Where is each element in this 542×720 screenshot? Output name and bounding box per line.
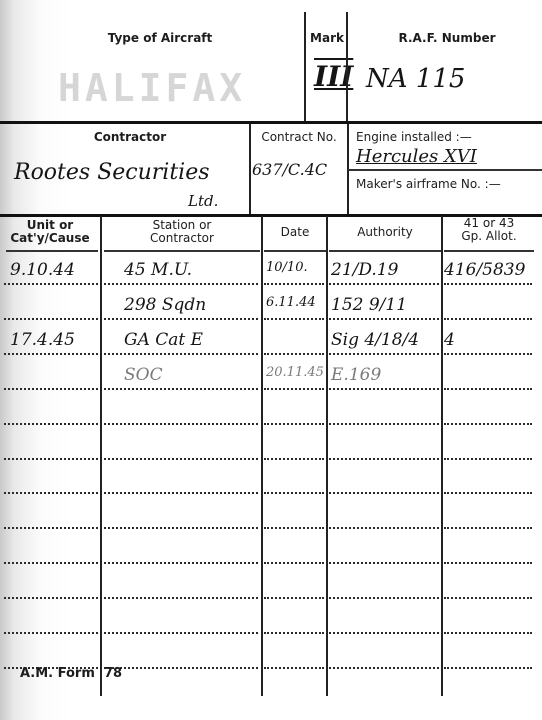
dotted-rule bbox=[329, 597, 439, 599]
dotted-rule bbox=[104, 562, 258, 564]
dotted-rule bbox=[264, 527, 324, 529]
dotted-rule bbox=[104, 318, 258, 320]
dotted-rule bbox=[329, 632, 439, 634]
dotted-rule bbox=[329, 562, 439, 564]
cell-date: 6.11.44 bbox=[266, 295, 316, 310]
engine-installed-value: Hercules XVI bbox=[356, 146, 477, 167]
dotted-rule bbox=[329, 388, 439, 390]
dotted-rule bbox=[4, 458, 98, 460]
aircraft-movement-card: Type of Aircraft HALIFAX Mark III R.A.F.… bbox=[0, 0, 542, 720]
dotted-rule bbox=[4, 492, 98, 494]
dotted-rule bbox=[104, 632, 258, 634]
dotted-rule bbox=[444, 667, 532, 669]
dotted-rule bbox=[104, 667, 258, 669]
table-row: 17.4.45GA Cat ESig 4/18/44 bbox=[0, 322, 542, 357]
contractor-value-suffix: Ltd. bbox=[188, 192, 218, 210]
dotted-rule bbox=[329, 283, 439, 285]
dotted-rule bbox=[264, 667, 324, 669]
dotted-rule bbox=[4, 283, 98, 285]
dotted-rule bbox=[264, 423, 324, 425]
dotted-rule bbox=[264, 562, 324, 564]
cell-allot: 416/5839 bbox=[444, 260, 525, 280]
cell-unit: 9.10.44 bbox=[10, 260, 75, 280]
dotted-rule bbox=[4, 388, 98, 390]
dotted-rule bbox=[264, 632, 324, 634]
cell-authority: Sig 4/18/4 bbox=[331, 330, 419, 350]
cell-date: 10/10. bbox=[266, 260, 308, 275]
table-row: 298 Sqdn6.11.44152 9/11 bbox=[0, 287, 542, 322]
table-row bbox=[0, 566, 542, 601]
dotted-rule bbox=[329, 492, 439, 494]
cell-station: GA Cat E bbox=[124, 330, 203, 350]
contract-no-value: 637/C.4C bbox=[252, 160, 327, 179]
dotted-rule bbox=[104, 283, 258, 285]
table-row bbox=[0, 531, 542, 566]
dotted-rule bbox=[444, 318, 532, 320]
dotted-rule bbox=[264, 283, 324, 285]
dotted-rule bbox=[4, 562, 98, 564]
cell-date: 20.11.45 bbox=[266, 365, 324, 380]
dotted-rule bbox=[4, 318, 98, 320]
raf-number-label: R.A.F. Number bbox=[372, 31, 522, 45]
dotted-rule bbox=[4, 353, 98, 355]
dotted-rule bbox=[329, 458, 439, 460]
dotted-rule bbox=[104, 527, 258, 529]
contractor-value: Rootes Securities bbox=[14, 160, 210, 185]
dotted-rule bbox=[444, 597, 532, 599]
table-row bbox=[0, 496, 542, 531]
dotted-rule bbox=[264, 458, 324, 460]
cell-authority: 21/D.19 bbox=[331, 260, 398, 280]
dotted-rule bbox=[329, 318, 439, 320]
dotted-rule bbox=[329, 423, 439, 425]
type-of-aircraft-label: Type of Aircraft bbox=[60, 31, 260, 45]
cell-station: SOC bbox=[124, 365, 163, 385]
makers-airframe-no-label: Maker's airframe No. :— bbox=[356, 177, 501, 191]
contract-no-label: Contract No. bbox=[250, 130, 348, 144]
dotted-rule bbox=[264, 353, 324, 355]
dotted-rule bbox=[444, 458, 532, 460]
dotted-rule bbox=[264, 388, 324, 390]
header-station: Station or Contractor bbox=[102, 219, 262, 245]
divider bbox=[346, 12, 348, 122]
dotted-rule bbox=[264, 492, 324, 494]
dotted-rule bbox=[329, 353, 439, 355]
cell-station: 298 Sqdn bbox=[124, 295, 206, 315]
table-row bbox=[0, 392, 542, 427]
form-title: A.M. Form bbox=[20, 667, 95, 681]
dotted-rule bbox=[444, 492, 532, 494]
table-row bbox=[0, 461, 542, 496]
cell-station: 45 M.U. bbox=[124, 260, 192, 280]
divider bbox=[304, 12, 306, 122]
table-row: 9.10.4445 M.U.10/10.21/D.19416/5839 bbox=[0, 252, 542, 287]
header-date: Date bbox=[264, 226, 326, 239]
header-allot: 41 or 43 Gp. Allot. bbox=[444, 217, 534, 243]
mark-label: Mark bbox=[306, 31, 348, 45]
dotted-rule bbox=[104, 458, 258, 460]
table-row: SOC20.11.45E.169 bbox=[0, 357, 542, 392]
dotted-rule bbox=[444, 527, 532, 529]
dotted-rule bbox=[104, 423, 258, 425]
divider bbox=[348, 169, 542, 171]
dotted-rule bbox=[104, 353, 258, 355]
dotted-rule bbox=[444, 632, 532, 634]
dotted-rule bbox=[104, 492, 258, 494]
table-row bbox=[0, 427, 542, 462]
dotted-rule bbox=[329, 527, 439, 529]
dotted-rule bbox=[264, 597, 324, 599]
contractor-label: Contractor bbox=[60, 130, 200, 144]
dotted-rule bbox=[329, 667, 439, 669]
table-row bbox=[0, 601, 542, 636]
raf-number-value: NA 115 bbox=[366, 64, 465, 94]
form-number: 78 bbox=[104, 667, 122, 681]
dotted-rule bbox=[444, 388, 532, 390]
header-authority: Authority bbox=[329, 226, 441, 239]
dotted-rule bbox=[4, 423, 98, 425]
dotted-rule bbox=[444, 562, 532, 564]
header-unit: Unit or Cat'y/Cause bbox=[0, 219, 100, 245]
dotted-rule bbox=[4, 632, 98, 634]
dotted-rule bbox=[104, 388, 258, 390]
engine-installed-label: Engine installed :— bbox=[356, 130, 472, 144]
dotted-rule bbox=[264, 318, 324, 320]
cell-authority: 152 9/11 bbox=[331, 295, 407, 315]
cell-unit: 17.4.45 bbox=[10, 330, 75, 350]
dotted-rule bbox=[4, 527, 98, 529]
cell-authority: E.169 bbox=[331, 365, 381, 385]
dotted-rule bbox=[104, 597, 258, 599]
dotted-rule bbox=[4, 597, 98, 599]
aircraft-type-value: HALIFAX bbox=[58, 66, 246, 110]
dotted-rule bbox=[444, 423, 532, 425]
cell-allot: 4 bbox=[444, 330, 455, 350]
section-divider bbox=[0, 121, 542, 124]
dotted-rule bbox=[444, 353, 532, 355]
dotted-rule bbox=[444, 283, 532, 285]
